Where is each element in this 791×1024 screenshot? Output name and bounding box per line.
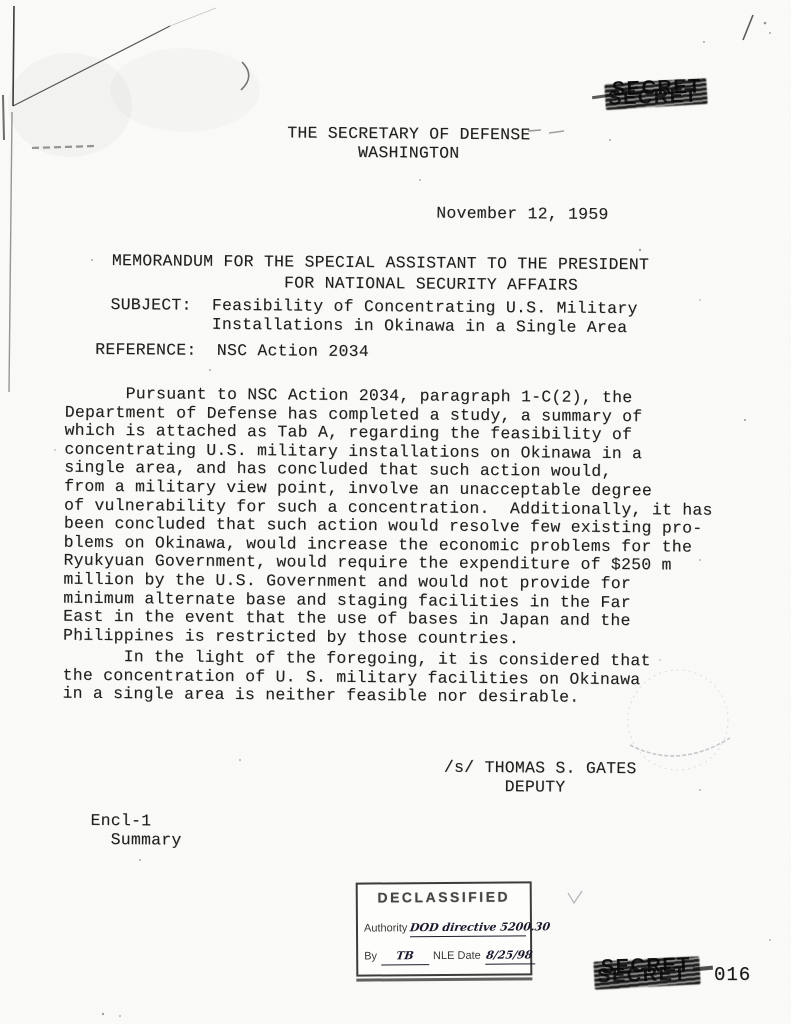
nle-date-value-handwritten: 8/25/98 <box>486 948 534 961</box>
typewritten-content: THE SECRETARY OF DEFENSEWASHINGTON Novem… <box>0 0 791 1024</box>
memo-reference: REFERENCE: NSC Action 2034 <box>95 341 369 362</box>
by-value-handwritten: TB <box>395 949 414 962</box>
authority-value-handwritten: DOD directive 5200.30 <box>410 920 552 934</box>
letterhead-office: THE SECRETARY OF DEFENSE <box>287 123 530 144</box>
declassified-stamp-title: DECLASSIFIED <box>358 888 530 905</box>
by-label: By <box>364 950 377 962</box>
memo-date: November 12, 1959 <box>436 205 608 225</box>
secret-classification-stamp-bottom: SECRET SECRET <box>597 954 698 991</box>
page-number: 016 <box>714 966 751 985</box>
strikeout-scribble <box>593 956 700 990</box>
declassified-by-row: ByTBNLE Date8/25/98 <box>364 945 524 965</box>
memo-subject: SUBJECT: Feasibility of Concentrating U.… <box>110 296 637 337</box>
authority-label: Authority <box>364 922 408 934</box>
letterhead-city: WASHINGTON <box>358 143 460 163</box>
body-paragraph-2: In the light of the foregoing, it is con… <box>62 648 650 708</box>
body-paragraph-1: Pursuant to NSC Action 2034, paragraph 1… <box>63 385 714 650</box>
signature-block: /s/ THOMAS S. GATES DEPUTY <box>444 758 637 798</box>
declassified-authority-row: AuthorityDOD directive 5200.30 <box>364 917 524 937</box>
letterhead: THE SECRETARY OF DEFENSEWASHINGTON <box>257 123 561 163</box>
scanned-memo-page: SECRET SECRET THE SECRETARY OF DEFENSEWA… <box>0 0 791 1024</box>
declassified-stamp: DECLASSIFIED AuthorityDOD directive 5200… <box>356 881 533 976</box>
nle-date-label: NLE Date <box>433 950 481 962</box>
enclosure-note: Encl-1 Summary <box>90 812 182 850</box>
memo-addressee: MEMORANDUM FOR THE SPECIAL ASSISTANT TO … <box>112 250 650 296</box>
